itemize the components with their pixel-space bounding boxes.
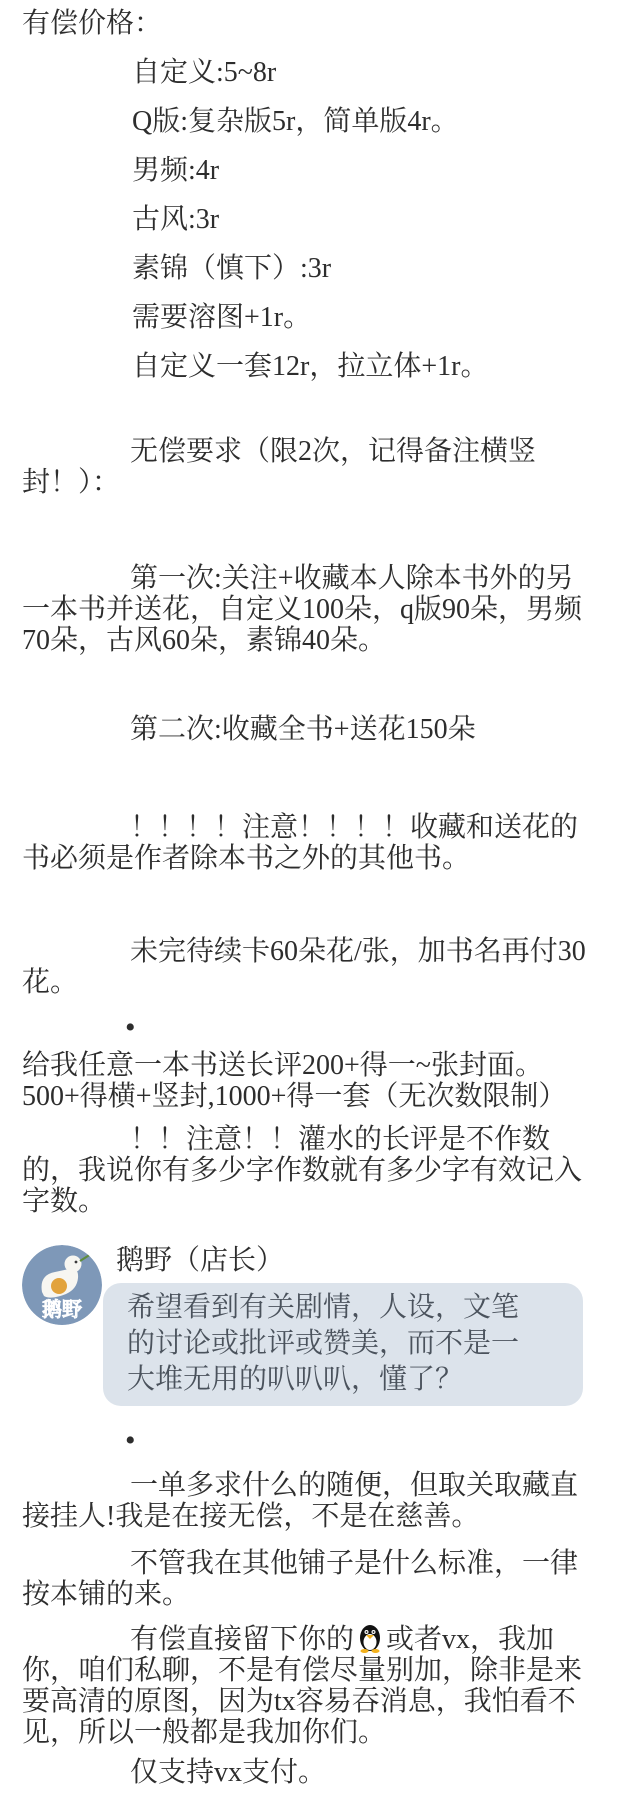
contact-text-before: 有偿直接留下你的 (130, 1624, 354, 1655)
bubble-line: 希望看到有关剧情，人设，文笔 (127, 1290, 559, 1326)
chat-avatar[interactable]: 鹅野 (22, 1245, 102, 1325)
divider-dot: • (125, 1425, 616, 1456)
price-item-set: 自定义一套12r，拉立体+1r。 (132, 351, 616, 382)
bubble-line: 大堆无用的叭叭叭，懂了？ (127, 1362, 559, 1398)
pricing-title: 有偿价格： (22, 8, 616, 39)
long-review-offer: 给我任意一本书送长评200+得一~张封面。 500+得横+竖封,1000+得一套… (22, 1050, 616, 1112)
paragraph-line: 未完待续卡60朵花/张，加书名再付30 (22, 936, 616, 967)
bubble-line: 的讨论或批评或赞美，而不是一 (127, 1326, 559, 1362)
paragraph-line: 一单多求什么的随便，但取关取藏直 (22, 1470, 616, 1501)
chat-bubble: 希望看到有关剧情，人设，文笔 的讨论或批评或赞美，而不是一 大堆无用的叭叭叭，懂… (103, 1283, 583, 1406)
price-item-sujin: 素锦（慎下）:3r (132, 253, 616, 284)
paragraph-line: 一本书并送花，自定义100朵，q版90朵，男频 (22, 594, 616, 625)
paragraph-line: 70朵，古风60朵，素锦40朵。 (22, 625, 616, 656)
avatar-label: 鹅野 (42, 1297, 83, 1321)
heading-line: 封！）： (22, 467, 616, 498)
chat-message-row: 鹅野 鹅野（店长） 希望看到有关剧情，人设，文笔 的讨论或批评或赞美，而不是一 … (22, 1245, 616, 1406)
continuation-card-rule: 未完待续卡60朵花/张，加书名再付30 花。 (22, 936, 616, 998)
goose-avatar-illustration: 鹅野 (22, 1245, 102, 1325)
paragraph-line: 500+得横+竖封,1000+得一套（无次数限制） (22, 1081, 616, 1112)
pricing-list: 自定义:5~8r Q版:复杂版5r，简单版4r。 男频:4r 古风:3r 素锦（… (22, 57, 616, 382)
qq-penguin-icon (358, 1623, 382, 1653)
paragraph-line: 第一次:关注+收藏本人除本书外的另 (22, 563, 616, 594)
free-request-second-rule: 第二次:收藏全书+送花150朵 (22, 714, 616, 745)
price-item-ancient: 古风:3r (132, 204, 616, 235)
price-item-blend: 需要溶图+1r。 (132, 302, 616, 333)
paragraph-line: ！！注意！！灌水的长评是不作数 (22, 1124, 616, 1155)
paragraph-line: 你，咱们私聊，不是有偿尽量别加，除非是来 (22, 1655, 616, 1686)
rule-no-unfollow: 一单多求什么的随便，但取关取藏直 接挂人!我是在接无偿，不是在慈善。 (22, 1470, 616, 1532)
payment-rule: 仅支持vx支付。 (22, 1757, 616, 1788)
paragraph-line: 有偿直接留下你的 或者vx，我加 (22, 1623, 616, 1655)
free-request-notice: ！！！！注意！！！！收藏和送花的 书必须是作者除本书之外的其他书。 (22, 812, 616, 874)
paragraph-line: 给我任意一本书送长评200+得一~张封面。 (22, 1050, 616, 1081)
long-review-notice: ！！注意！！灌水的长评是不作数 的，我说你有多少字作数就有多少字有效记入 字数。 (22, 1124, 616, 1217)
paragraph-line: 接挂人!我是在接无偿，不是在慈善。 (22, 1501, 616, 1532)
paragraph-line: 见，所以一般都是我加你们。 (22, 1717, 616, 1748)
free-request-heading: 无偿要求（限2次，记得备注横竖 封！）： (22, 436, 616, 498)
price-item-chibi: Q版:复杂版5r，简单版4r。 (132, 106, 616, 137)
paragraph-line: 的，我说你有多少字作数就有多少字有效记入 (22, 1155, 616, 1186)
paragraph-line: 花。 (22, 967, 616, 998)
chat-content: 鹅野（店长） 希望看到有关剧情，人设，文笔 的讨论或批评或赞美，而不是一 大堆无… (103, 1245, 583, 1406)
paragraph-line: 不管我在其他铺子是什么标准，一律 (22, 1548, 616, 1579)
paragraph-line: 书必须是作者除本书之外的其他书。 (22, 843, 616, 874)
paragraph-line: 字数。 (22, 1186, 616, 1217)
divider-dot: • (125, 1012, 616, 1043)
contact-text-after: 或者vx，我加 (386, 1624, 554, 1655)
rule-shop-standard: 不管我在其他铺子是什么标准，一律 按本铺的来。 (22, 1548, 616, 1610)
price-item-male: 男频:4r (132, 155, 616, 186)
commission-notice-document: 有偿价格： 自定义:5~8r Q版:复杂版5r，简单版4r。 男频:4r 古风:… (22, 8, 616, 1788)
free-request-first-rule: 第一次:关注+收藏本人除本书外的另 一本书并送花，自定义100朵，q版90朵，男… (22, 563, 616, 656)
rule-contact: 有偿直接留下你的 或者vx，我加 你，咱们私聊，不是有偿尽量别加，除非是来 要高… (22, 1623, 616, 1748)
paragraph-line: ！！！！注意！！！！收藏和送花的 (22, 812, 616, 843)
paragraph-line: 按本铺的来。 (22, 1579, 616, 1610)
paragraph-line: 要高清的原图，因为tx容易吞消息，我怕看不 (22, 1686, 616, 1717)
price-item-custom: 自定义:5~8r (132, 57, 616, 88)
heading-line: 无偿要求（限2次，记得备注横竖 (22, 436, 616, 467)
chat-username: 鹅野（店长） (103, 1245, 583, 1276)
